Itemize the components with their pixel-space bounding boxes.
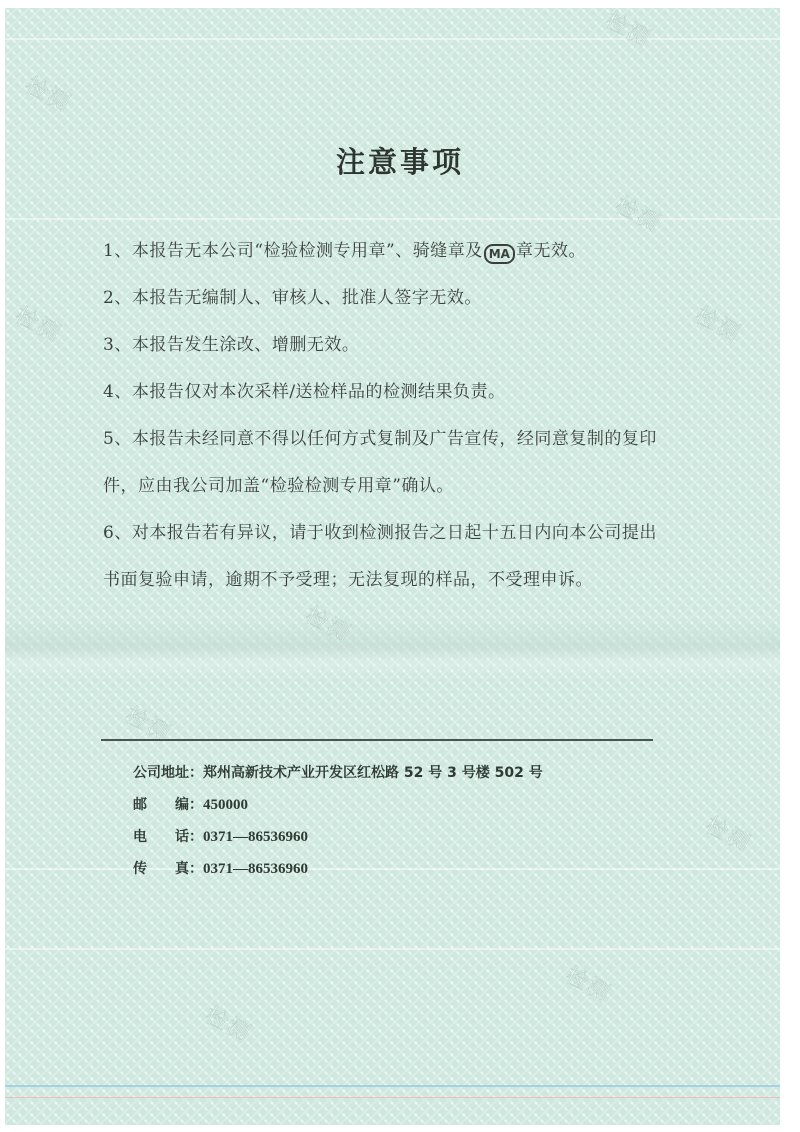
postcode-value: 450000 <box>203 792 248 818</box>
page-title: 注意事项 <box>0 140 800 181</box>
address-value: 郑州高新技术产业开发区红松路 52 号 3 号楼 502 号 <box>203 760 543 786</box>
phone-label: 电 话： <box>133 824 203 850</box>
note-item-6: 6、对本报告若有异议，请于收到检测报告之日起十五日内向本公司提出 <box>103 510 723 557</box>
paper-streak <box>5 38 780 40</box>
note-number: 3、 <box>103 335 132 355</box>
contact-postcode: 邮 编： 450000 <box>133 792 543 824</box>
note-text: 本报告无本公司“检验检测专用章”、骑缝章及 <box>132 241 483 261</box>
note-item-4: 4、本报告仅对本次采样/送检样品的检测结果负责。 <box>103 369 723 416</box>
watermark: 检测 <box>201 999 258 1049</box>
contact-phone: 电 话： 0371—86536960 <box>133 824 543 856</box>
note-text: 对本报告若有异议，请于收到检测报告之日起十五日内向本公司提出 <box>132 523 657 543</box>
contact-fax: 传 真： 0371—86536960 <box>133 856 543 888</box>
note-text: 本报告发生涂改、增删无效。 <box>132 335 360 355</box>
watermark: 检测 <box>601 8 658 53</box>
address-label: 公司地址： <box>133 760 203 786</box>
note-number: 4、 <box>103 382 132 402</box>
phone-value: 0371—86536960 <box>203 824 308 850</box>
note-item-5-continued: 件，应由我公司加盖“检验检测专用章”确认。 <box>103 463 723 510</box>
note-text: 件，应由我公司加盖“检验检测专用章”确认。 <box>103 476 454 496</box>
note-number: 6、 <box>103 523 132 543</box>
note-item-5: 5、本报告未经同意不得以任何方式复制及广告宣传，经同意复制的复印 <box>103 416 723 463</box>
contact-address: 公司地址： 郑州高新技术产业开发区红松路 52 号 3 号楼 502 号 <box>133 760 543 792</box>
watermark: 检测 <box>11 299 68 349</box>
note-text: 本报告无编制人、审核人、批准人签字无效。 <box>132 288 482 308</box>
note-number: 1、 <box>103 241 132 261</box>
paper-shade-band <box>5 620 780 680</box>
note-item-6-continued: 书面复验申请，逾期不予受理；无法复现的样品，不受理申诉。 <box>103 557 723 604</box>
note-text: 章无效。 <box>516 241 586 261</box>
paper-streak-blue <box>5 1085 780 1087</box>
note-text: 本报告未经同意不得以任何方式复制及广告宣传，经同意复制的复印 <box>132 429 657 449</box>
paper-streak-pink <box>5 1097 780 1098</box>
postcode-label: 邮 编： <box>133 792 203 818</box>
watermark: 检测 <box>21 69 78 119</box>
note-number: 2、 <box>103 288 132 308</box>
paper-streak <box>5 948 780 950</box>
cma-mark-icon: MA <box>484 244 515 264</box>
paper-streak <box>5 218 780 220</box>
fax-value: 0371—86536960 <box>203 856 308 882</box>
notes-list: 1、本报告无本公司“检验检测专用章”、骑缝章及MA章无效。 2、本报告无编制人、… <box>103 228 723 604</box>
note-item-3: 3、本报告发生涂改、增删无效。 <box>103 322 723 369</box>
contact-block: 公司地址： 郑州高新技术产业开发区红松路 52 号 3 号楼 502 号 邮 编… <box>133 760 543 888</box>
note-item-2: 2、本报告无编制人、审核人、批准人签字无效。 <box>103 275 723 322</box>
watermark: 检测 <box>561 959 618 1009</box>
watermark: 检测 <box>701 809 758 859</box>
note-text: 书面复验申请，逾期不予受理；无法复现的样品，不受理申诉。 <box>103 570 593 590</box>
note-text: 本报告仅对本次采样/送检样品的检测结果负责。 <box>132 382 506 402</box>
divider-line <box>101 739 653 741</box>
note-number: 5、 <box>103 429 132 449</box>
fax-label: 传 真： <box>133 856 203 882</box>
note-item-1: 1、本报告无本公司“检验检测专用章”、骑缝章及MA章无效。 <box>103 228 723 275</box>
